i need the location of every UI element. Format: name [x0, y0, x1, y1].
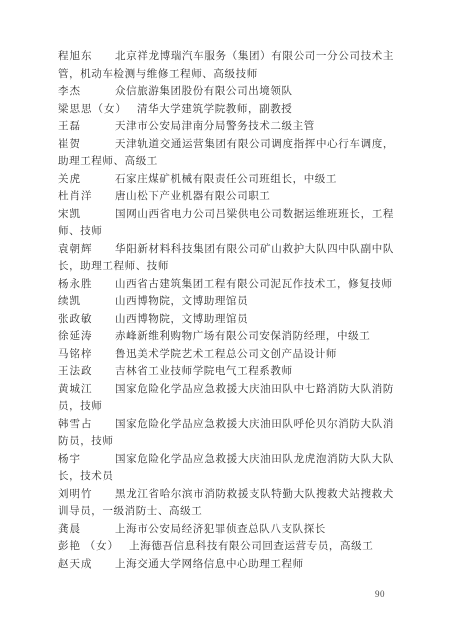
list-item: 续凯山西博物院，文博助理馆员 — [58, 293, 394, 311]
list-item: 刘明竹黑龙江省哈尔滨市消防救援支队特勤大队搜救犬站搜救犬训导员，一级消防士、高级… — [58, 486, 394, 521]
recipient-name: 赵天成 — [58, 556, 105, 574]
recipient-description: 赤峰新维利购物广场有限公司安保消防经理，中级工 — [115, 331, 370, 342]
list-item: 杜肖洋唐山松下产业机器有限公司职工 — [58, 188, 394, 206]
list-item: 关虎石家庄煤矿机械有限责任公司班组长，中级工 — [58, 171, 394, 189]
recipient-name: 梁思思（女） — [58, 101, 127, 119]
recipient-description: 黑龙江省哈尔滨市消防救援支队特勤大队搜救犬站搜救犬训导员，一级消防士、高级工 — [58, 489, 394, 518]
recipient-name: 韩雪占 — [58, 416, 105, 434]
recipient-description: 北京祥龙博瑞汽车服务（集团）有限公司一分公司技术主管，机动车检测与维修工程师、高… — [58, 51, 394, 80]
list-item: 杨永胜山西省古建筑集团工程有限公司泥瓦作技术工，修复技师 — [58, 276, 394, 294]
recipient-description: 吉林省工业技师学院电气工程系教师 — [115, 366, 293, 377]
recipient-name: 杨宇 — [58, 451, 105, 469]
recipient-name: 马铭梓 — [58, 346, 105, 364]
recipient-name: 张政敏 — [58, 311, 105, 329]
recipient-name: 王法政 — [58, 363, 105, 381]
recipient-name: 徐延涛 — [58, 328, 105, 346]
recipient-name: 李杰 — [58, 83, 105, 101]
recipient-name: 彭艳 （女） — [58, 538, 119, 556]
recipient-name: 龚晨 — [58, 521, 105, 539]
list-item: 李杰众信旅游集团股份有限公司出境领队 — [58, 83, 394, 101]
list-item: 龚晨上海市公安局经济犯罪侦查总队八支队探长 — [58, 521, 394, 539]
recipient-description: 天津市公安局津南分局警务技术二级主管 — [115, 121, 315, 132]
list-item: 徐延涛赤峰新维利购物广场有限公司安保消防经理，中级工 — [58, 328, 394, 346]
recipient-description: 国家危险化学品应急救援大庆油田队龙虎泡消防大队大队长，技术员 — [58, 454, 394, 483]
recipient-name: 王磊 — [58, 118, 105, 136]
recipient-description: 石家庄煤矿机械有限责任公司班组长，中级工 — [115, 174, 337, 185]
recipient-name: 袁朝辉 — [58, 241, 105, 259]
list-item: 袁朝辉华阳新材料科技集团有限公司矿山救护大队四中队副中队长，助理工程师、技师 — [58, 241, 394, 276]
recipient-description: 国家危险化学品应急救援大庆油田队中七路消防大队消防员，技师 — [58, 384, 394, 413]
recipient-name: 杜肖洋 — [58, 188, 105, 206]
recipient-description: 国网山西省电力公司吕梁供电公司数据运维班班长，工程师、技师 — [58, 209, 394, 238]
recipient-name: 续凯 — [58, 293, 105, 311]
list-item: 韩雪占国家危险化学品应急救援大庆油田队呼伦贝尔消防大队消防员，技师 — [58, 416, 394, 451]
list-item: 马铭梓鲁迅美术学院艺术工程总公司文创产品设计师 — [58, 346, 394, 364]
recipient-name: 黄城江 — [58, 381, 105, 399]
recipient-description: 上海德吾信息科技有限公司回查运营专员，高级工 — [129, 541, 373, 552]
list-item: 杨宇国家危险化学品应急救援大庆油田队龙虎泡消防大队大队长，技术员 — [58, 451, 394, 486]
list-item: 赵天成上海交通大学网络信息中心助理工程师 — [58, 556, 394, 574]
recipient-description: 鲁迅美术学院艺术工程总公司文创产品设计师 — [115, 349, 337, 360]
list-item: 崔贺天津轨道交通运营集团有限公司调度指挥中心行车调度，助理工程师、高级工 — [58, 136, 394, 171]
recipient-list: 程旭东北京祥龙博瑞汽车服务（集团）有限公司一分公司技术主管，机动车检测与维修工程… — [58, 48, 394, 573]
recipient-description: 天津轨道交通运营集团有限公司调度指挥中心行车调度，助理工程师、高级工 — [58, 139, 394, 168]
list-item: 彭艳 （女）上海德吾信息科技有限公司回查运营专员，高级工 — [58, 538, 394, 556]
recipient-name: 崔贺 — [58, 136, 105, 154]
list-item: 梁思思（女）清华大学建筑学院教师，副教授 — [58, 101, 394, 119]
recipient-description: 华阳新材料科技集团有限公司矿山救护大队四中队副中队长，助理工程师、技师 — [58, 244, 394, 273]
recipient-description: 山西省古建筑集团工程有限公司泥瓦作技术工，修复技师 — [115, 279, 393, 290]
list-item: 宋凯国网山西省电力公司吕梁供电公司数据运维班班长，工程师、技师 — [58, 206, 394, 241]
list-item: 张政敏山西博物院，文博助理馆员 — [58, 311, 394, 329]
recipient-description: 众信旅游集团股份有限公司出境领队 — [115, 86, 293, 97]
list-item: 王磊天津市公安局津南分局警务技术二级主管 — [58, 118, 394, 136]
recipient-description: 唐山松下产业机器有限公司职工 — [115, 191, 270, 202]
list-item: 王法政吉林省工业技师学院电气工程系教师 — [58, 363, 394, 381]
page-number: 90 — [370, 589, 390, 599]
list-item: 程旭东北京祥龙博瑞汽车服务（集团）有限公司一分公司技术主管，机动车检测与维修工程… — [58, 48, 394, 83]
recipient-description: 上海市公安局经济犯罪侦查总队八支队探长 — [115, 524, 326, 535]
recipient-description: 山西博物院，文博助理馆员 — [115, 296, 248, 307]
recipient-name: 关虎 — [58, 171, 105, 189]
recipient-name: 程旭东 — [58, 48, 105, 66]
recipient-name: 刘明竹 — [58, 486, 105, 504]
recipient-description: 清华大学建筑学院教师，副教授 — [137, 104, 292, 115]
recipient-name: 杨永胜 — [58, 276, 105, 294]
recipient-description: 国家危险化学品应急救援大庆油田队呼伦贝尔消防大队消防员，技师 — [58, 419, 394, 448]
document-page: 程旭东北京祥龙博瑞汽车服务（集团）有限公司一分公司技术主管，机动车检测与维修工程… — [0, 0, 450, 636]
recipient-name: 宋凯 — [58, 206, 105, 224]
recipient-description: 山西博物院，文博助理馆员 — [115, 314, 248, 325]
list-item: 黄城江国家危险化学品应急救援大庆油田队中七路消防大队消防员，技师 — [58, 381, 394, 416]
recipient-description: 上海交通大学网络信息中心助理工程师 — [115, 559, 304, 570]
